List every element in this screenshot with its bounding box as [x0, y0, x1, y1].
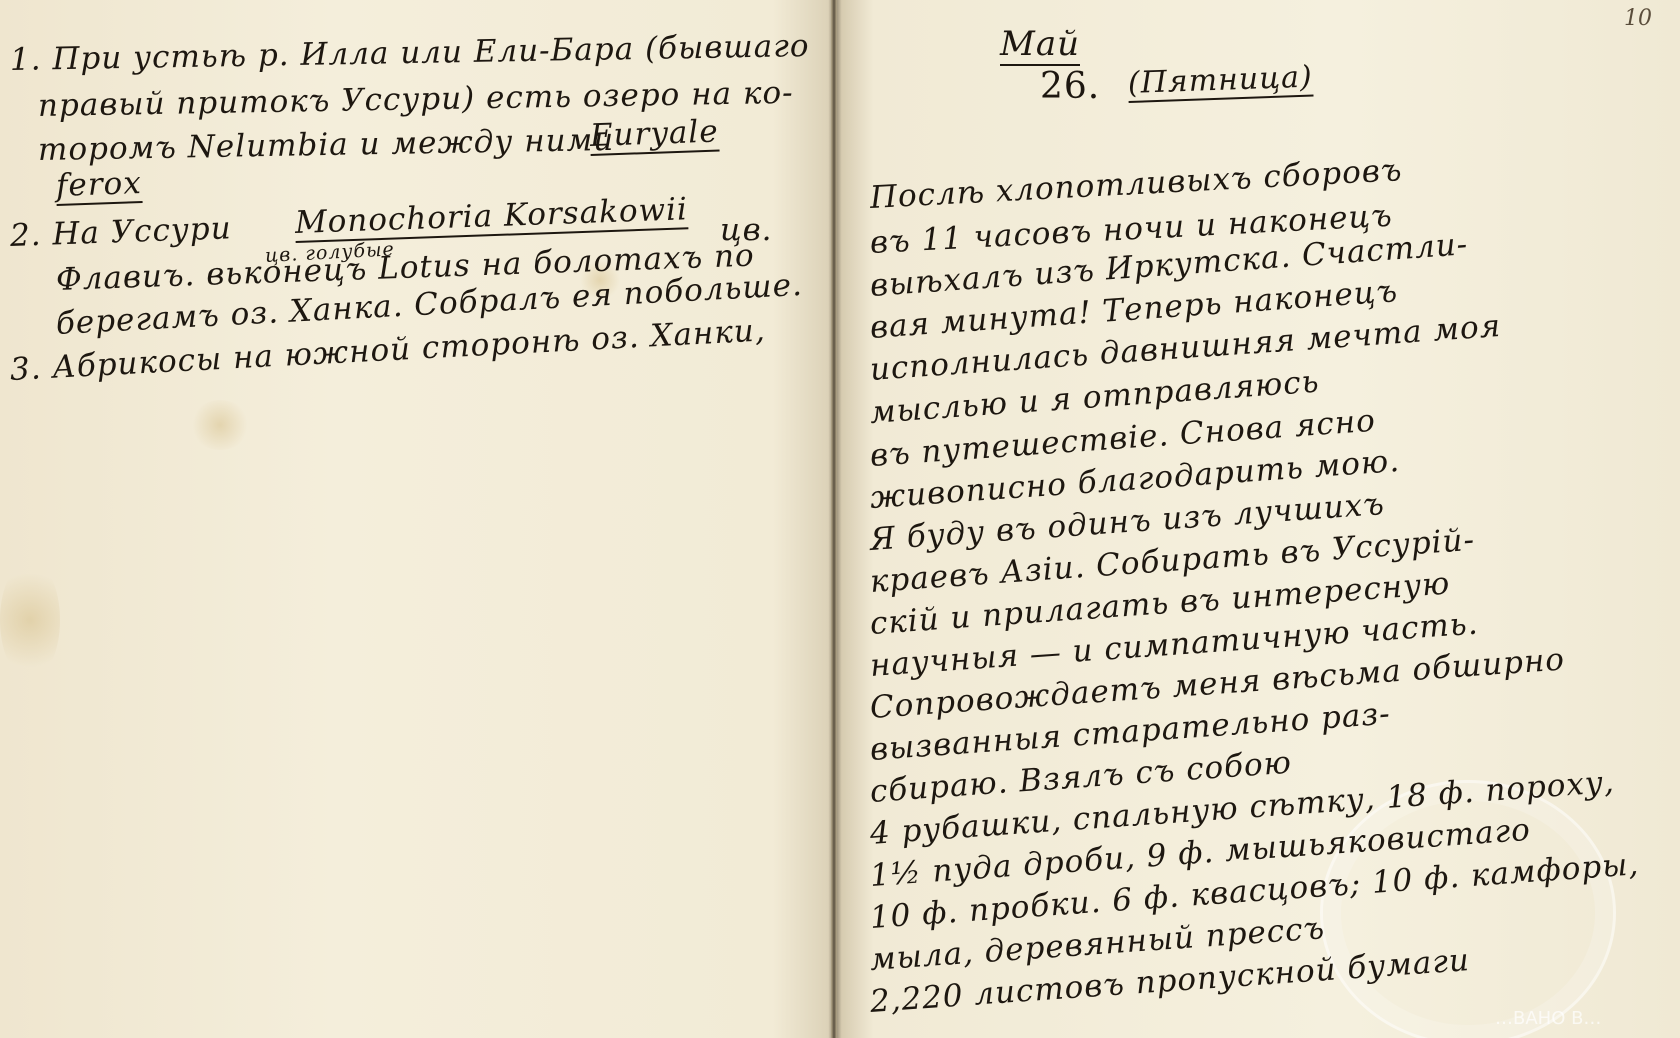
heading-day: 26. [1040, 66, 1100, 107]
heading-weekday: (Пятница) [1127, 60, 1313, 103]
left-page-line: ferox [55, 165, 142, 206]
stamp-text: …ВАНО В… [1495, 1008, 1601, 1029]
manuscript-spread: Май 26. (Пятница) 10 …ВАНО В… 1. При уст… [0, 0, 1680, 1038]
left-page-line: Euryale [589, 114, 719, 156]
book-gutter [831, 0, 837, 1038]
page-number: 10 [1624, 6, 1652, 31]
heading-month: Май [1000, 24, 1080, 66]
